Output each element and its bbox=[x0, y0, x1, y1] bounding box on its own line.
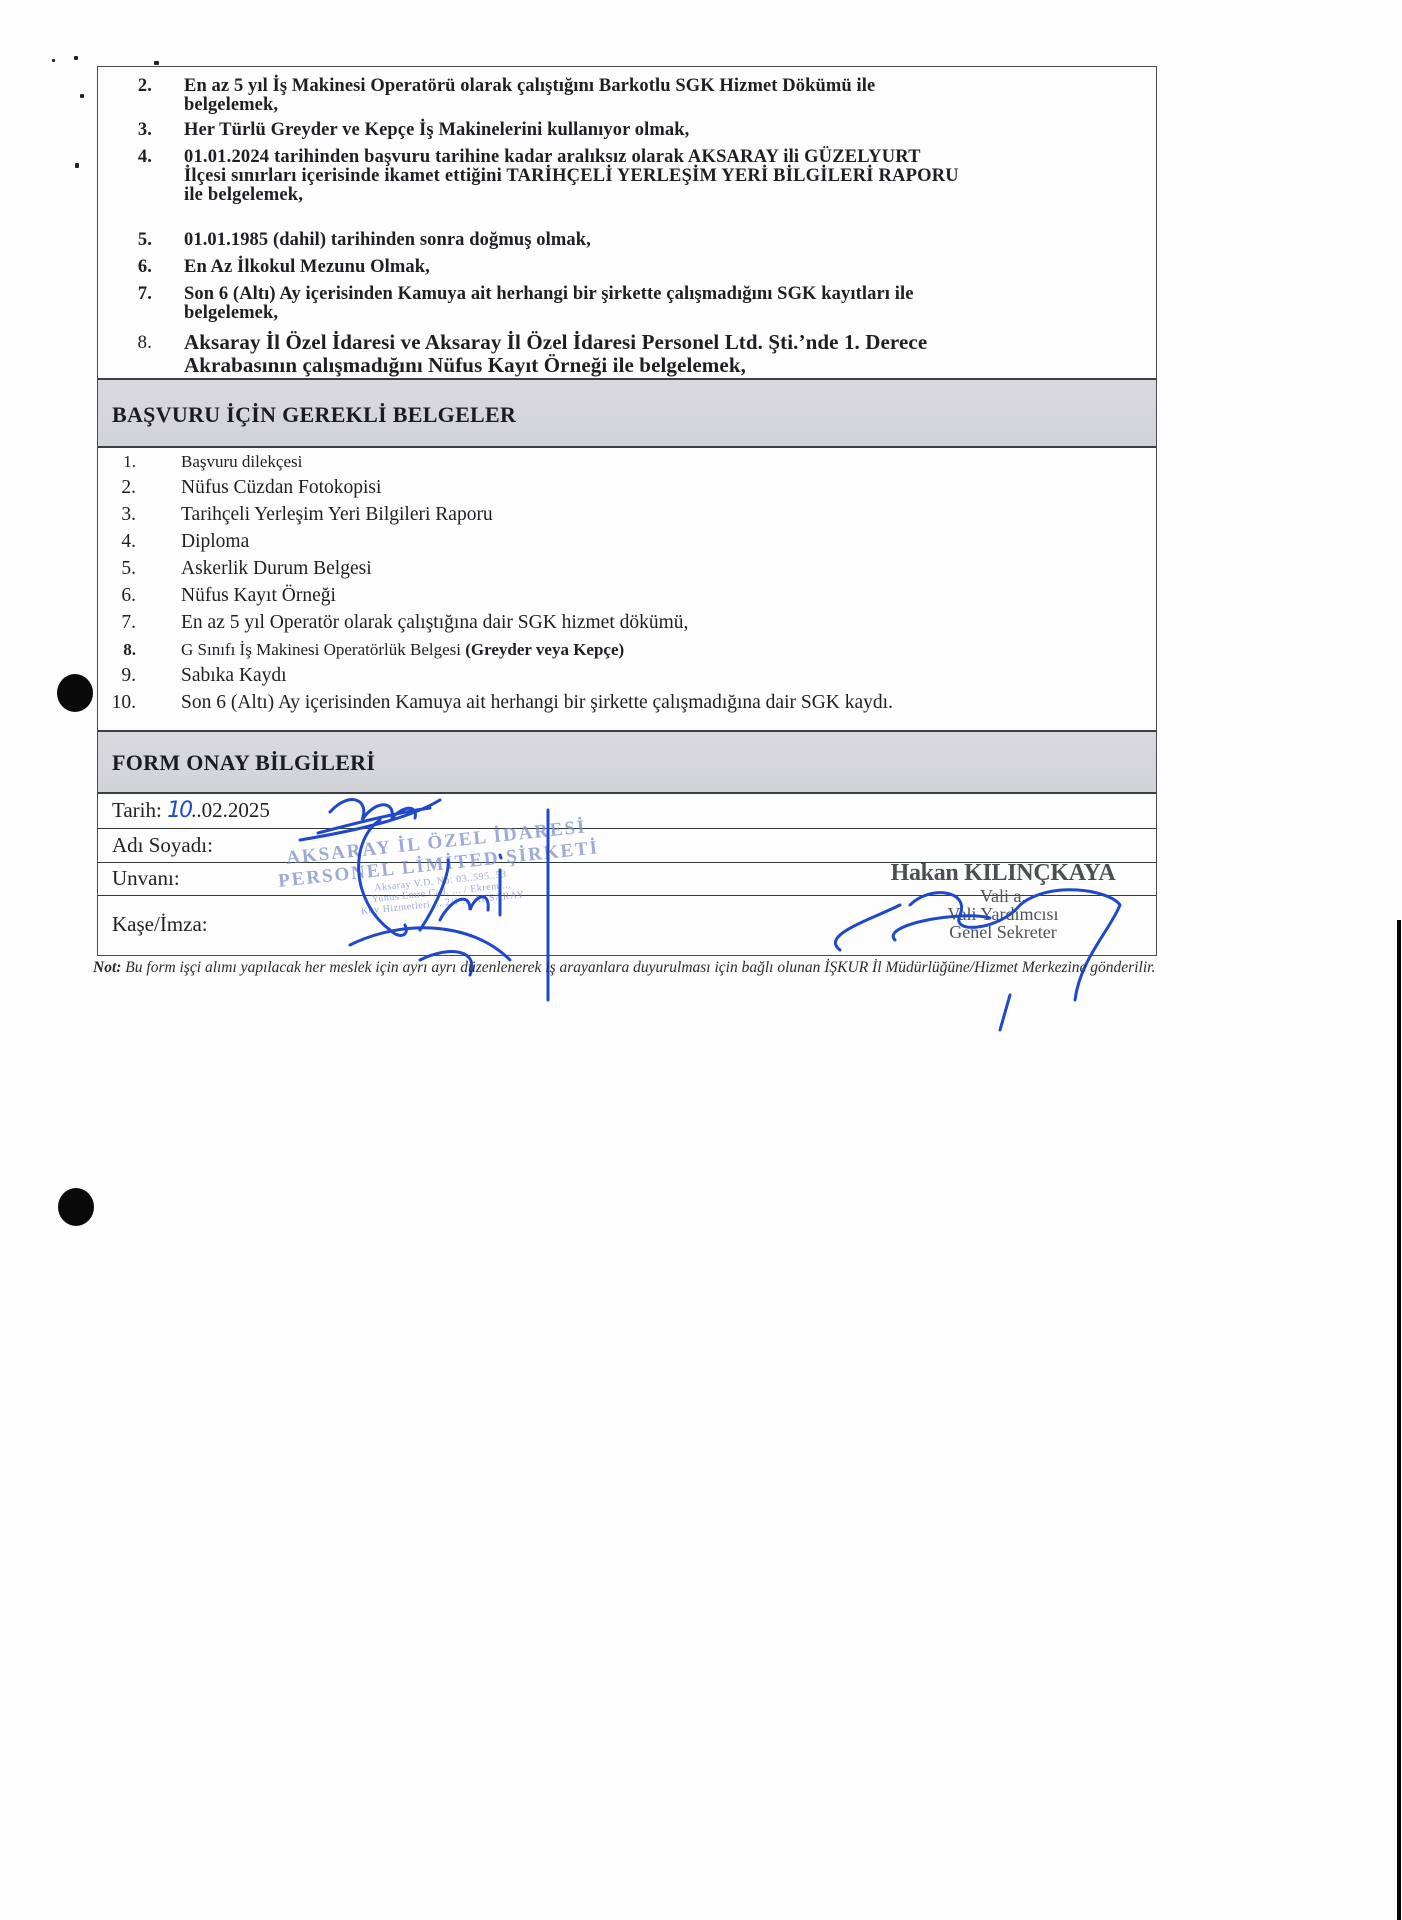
item-text: Son 6 (Altı) Ay içerisinden Kamuya ait h… bbox=[181, 692, 893, 713]
item-text: Son 6 (Altı) Ay içerisinden Kamuya ait h… bbox=[184, 285, 1146, 323]
item-text: 01.01.1985 (dahil) tarihinden sonra doğm… bbox=[184, 231, 1146, 250]
signatory-title: Genel Sekreter bbox=[853, 923, 1153, 941]
item-number: 9. bbox=[102, 665, 136, 686]
date-handwritten-day: 10 bbox=[167, 798, 191, 823]
item-number: 3. bbox=[116, 121, 152, 140]
item-line: belgelemek, bbox=[184, 303, 278, 323]
item-number: 2. bbox=[102, 477, 136, 498]
item-line: belgelemek, bbox=[184, 95, 278, 115]
signatory-title: Vali Yardımcısı bbox=[853, 905, 1153, 923]
section-title: FORM ONAY BİLGİLERİ bbox=[112, 750, 375, 776]
name-label: Adı Soyadı: bbox=[112, 833, 213, 858]
date-label: Tarih: bbox=[112, 798, 167, 822]
title-label: Unvanı: bbox=[112, 866, 180, 891]
item-number: 8. bbox=[102, 639, 136, 660]
item-text: Nüfus Cüzdan Fotokopisi bbox=[181, 477, 381, 498]
item-text: Nüfus Kayıt Örneği bbox=[181, 585, 336, 606]
date-value: ..02.2025 bbox=[191, 798, 270, 822]
item-text: Aksaray İl Özel İdaresi ve Aksaray İl Öz… bbox=[184, 331, 1146, 377]
item-text: Her Türlü Greyder ve Kepçe İş Makineleri… bbox=[184, 121, 1146, 140]
item-line: Akrabasının çalışmadığını Nüfus Kayıt Ör… bbox=[184, 353, 746, 377]
form-frame: 2. En az 5 yıl İş Makinesi Operatörü ola… bbox=[97, 66, 1157, 956]
scan-speck bbox=[52, 59, 55, 62]
scan-speck bbox=[80, 94, 84, 98]
item-text: Askerlik Durum Belgesi bbox=[181, 558, 372, 579]
scan-speck bbox=[74, 56, 78, 60]
item-number: 7. bbox=[102, 612, 136, 633]
section-title: BAŞVURU İÇİN GEREKLİ BELGELER bbox=[112, 402, 516, 428]
item-number: 8. bbox=[116, 331, 152, 354]
item-number: 10. bbox=[102, 692, 136, 713]
note-label: Not: bbox=[93, 959, 121, 976]
item-number: 2. bbox=[116, 77, 152, 96]
item-text: Başvuru dilekçesi bbox=[181, 451, 302, 472]
item-number: 4. bbox=[116, 148, 152, 167]
item-line: Aksaray İl Özel İdaresi ve Aksaray İl Öz… bbox=[184, 330, 927, 354]
item-bold-suffix: (Greyder veya Kepçe) bbox=[465, 640, 624, 659]
item-text: 01.01.2024 tarihinden başvuru tarihine k… bbox=[184, 148, 1146, 205]
item-number: 4. bbox=[102, 531, 136, 552]
date-field: Tarih: 10..02.2025 bbox=[112, 798, 270, 823]
item-line: Son 6 (Altı) Ay içerisinden Kamuya ait h… bbox=[184, 284, 914, 304]
scan-speck bbox=[154, 61, 159, 65]
item-text: Tarihçeli Yerleşim Yeri Bilgileri Raporu bbox=[181, 504, 493, 525]
section-header-documents: BAŞVURU İÇİN GEREKLİ BELGELER bbox=[98, 378, 1156, 448]
signatory-block: Hakan KILINÇKAYA Vali a. Vali Yardımcısı… bbox=[853, 860, 1153, 941]
item-number: 5. bbox=[116, 231, 152, 250]
scan-edge bbox=[1397, 920, 1401, 1920]
item-number: 7. bbox=[116, 285, 152, 304]
item-line: İlçesi sınırları içerisinde ikamet ettiğ… bbox=[184, 166, 959, 186]
item-number: 6. bbox=[102, 585, 136, 606]
item-text: En Az İlkokul Mezunu Olmak, bbox=[184, 258, 1146, 277]
punch-hole-top bbox=[57, 674, 93, 712]
item-line: ile belgelemek, bbox=[184, 185, 303, 205]
item-number: 5. bbox=[102, 558, 136, 579]
punch-hole-bottom bbox=[58, 1188, 94, 1226]
item-text: G Sınıfı İş Makinesi Operatörlük Belgesi… bbox=[181, 639, 624, 660]
item-number: 6. bbox=[116, 258, 152, 277]
item-text: Diploma bbox=[181, 531, 249, 552]
item-text: Sabıka Kaydı bbox=[181, 665, 287, 686]
section-header-approval: FORM ONAY BİLGİLERİ bbox=[98, 730, 1156, 794]
row-divider bbox=[98, 828, 1156, 829]
seal-signature-label: Kaşe/İmza: bbox=[112, 912, 208, 937]
company-stamp: AKSARAY İL ÖZEL İDARESİ PERSONEL LİMİTED… bbox=[275, 815, 604, 925]
note-text: Bu form işçi alımı yapılacak her meslek … bbox=[121, 959, 1155, 976]
signatory-name: Hakan KILINÇKAYA bbox=[853, 860, 1153, 887]
footnote: Not: Bu form işçi alımı yapılacak her me… bbox=[93, 958, 1173, 977]
item-number: 1. bbox=[102, 451, 136, 472]
item-line: En az 5 yıl İş Makinesi Operatörü olarak… bbox=[184, 76, 875, 96]
item-text: En az 5 yıl İş Makinesi Operatörü olarak… bbox=[184, 77, 1146, 115]
item-line: 01.01.2024 tarihinden başvuru tarihine k… bbox=[184, 147, 921, 167]
item-number: 3. bbox=[102, 504, 136, 525]
item-text: En az 5 yıl Operatör olarak çalıştığına … bbox=[181, 612, 688, 633]
scan-speck bbox=[75, 163, 79, 168]
item-line: G Sınıfı İş Makinesi Operatörlük Belgesi bbox=[181, 640, 461, 659]
signatory-title: Vali a. bbox=[853, 887, 1153, 905]
